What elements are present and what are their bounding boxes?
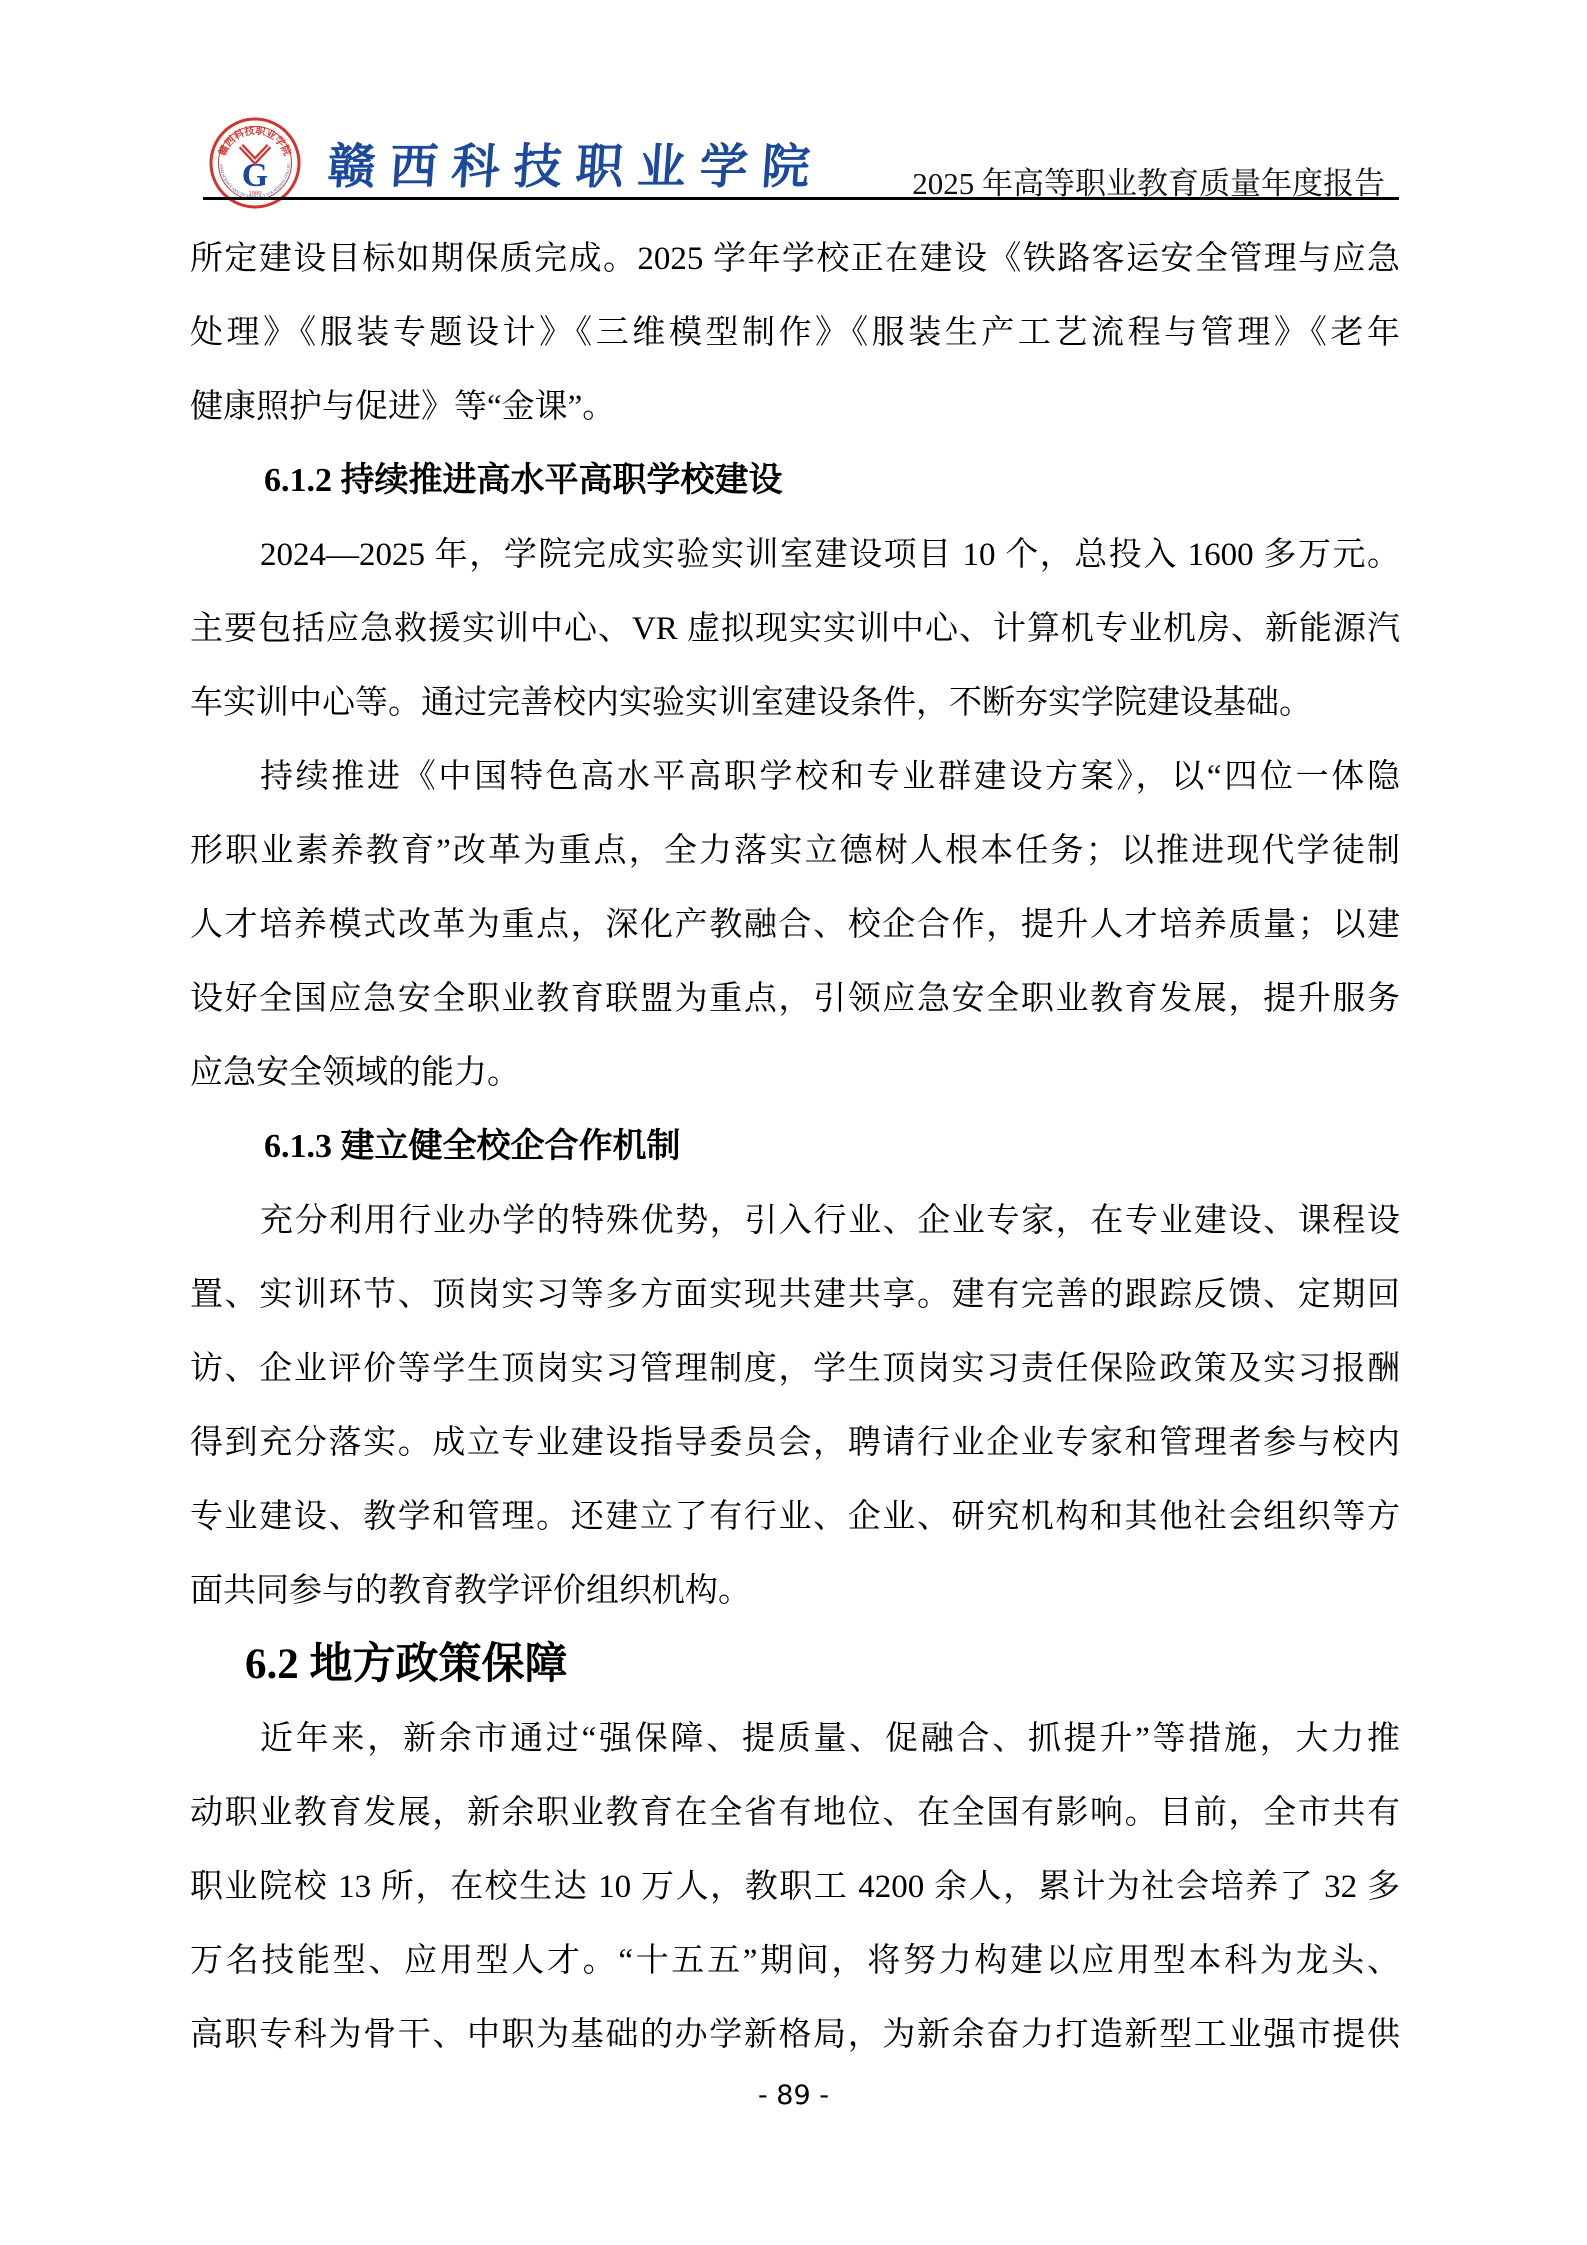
school-name: 赣西科技职业学院: [326, 128, 827, 197]
body-line: 持续推进《中国特色高水平高职学校和专业群建设方案》，以“四位一体隐: [190, 740, 1400, 814]
body-line: 访、企业评价等学生顶岗实习管理制度，学生顶岗实习责任保险政策及实习报酬: [190, 1332, 1400, 1406]
report-page: 赣西科技职业学院 G 1989 GANXI SCIENCE AND TECHNO…: [0, 0, 1587, 2245]
body-line: 置、实训环节、顶岗实习等多方面实现共建共享。建有完善的跟踪反馈、定期回: [190, 1258, 1400, 1332]
body-line: 充分利用行业办学的特殊优势，引入行业、企业专家，在专业建设、课程设: [190, 1184, 1400, 1258]
section-heading-6-1-3: 6.1.3 建立健全校企合作机制: [190, 1110, 1400, 1184]
body-line: 近年来，新余市通过“强保障、提质量、促融合、抓提升”等措施，大力推: [190, 1702, 1400, 1776]
body-line: 健康照护与促进》等“金课”。: [190, 370, 1400, 444]
body-line: 得到充分落实。成立专业建设指导委员会，聘请行业企业专家和管理者参与校内: [190, 1406, 1400, 1480]
body-line: 人才培养模式改革为重点，深化产教融合、校企合作，提升人才培养质量；以建: [190, 888, 1400, 962]
body-line: 职业院校 13 所，在校生达 10 万人，教职工 4200 余人，累计为社会培养…: [190, 1850, 1400, 1924]
body-line: 形职业素养教育”改革为重点，全力落实立德树人根本任务；以推进现代学徒制: [190, 814, 1400, 888]
body-line: 动职业教育发展，新余职业教育在全省有地位、在全国有影响。目前，全市共有: [190, 1776, 1400, 1850]
body-line: 高职专科为骨干、中职为基础的办学新格局，为新余奋力打造新型工业强市提供: [190, 1998, 1400, 2072]
document-body: 所定建设目标如期保质完成。2025 学年学校正在建设《铁路客运安全管理与应急 处…: [190, 222, 1400, 2072]
body-line: 所定建设目标如期保质完成。2025 学年学校正在建设《铁路客运安全管理与应急: [190, 222, 1400, 296]
section-heading-6-1-2: 6.1.2 持续推进高水平高职学校建设: [190, 444, 1400, 518]
body-line: 面共同参与的教育教学评价组织机构。: [190, 1554, 1400, 1628]
body-line: 主要包括应急救援实训中心、VR 虚拟现实实训中心、计算机专业机房、新能源汽: [190, 592, 1400, 666]
body-line: 处理》《服装专题设计》《三维模型制作》《服装生产工艺流程与管理》《老年: [190, 296, 1400, 370]
body-line: 专业建设、教学和管理。还建立了有行业、企业、研究机构和其他社会组织等方: [190, 1480, 1400, 1554]
section-heading-6-2: 6.2 地方政策保障: [190, 1628, 1400, 1702]
body-line: 设好全国应急安全职业教育联盟为重点，引领应急安全职业教育发展，提升服务: [190, 962, 1400, 1036]
school-logo-icon: 赣西科技职业学院 G 1989 GANXI SCIENCE AND TECHNO…: [208, 116, 302, 210]
body-line: 车实训中心等。通过完善校内实验实训室建设条件，不断夯实学院建设基础。: [190, 666, 1400, 740]
header-rule: [203, 197, 1399, 200]
body-line: 万名技能型、应用型人才。“十五五”期间，将努力构建以应用型本科为龙头、: [190, 1924, 1400, 1998]
page-number: - 89 -: [0, 2080, 1587, 2111]
body-line: 应急安全领域的能力。: [190, 1036, 1400, 1110]
body-line: 2024—2025 年，学院完成实验实训室建设项目 10 个，总投入 1600 …: [190, 518, 1400, 592]
